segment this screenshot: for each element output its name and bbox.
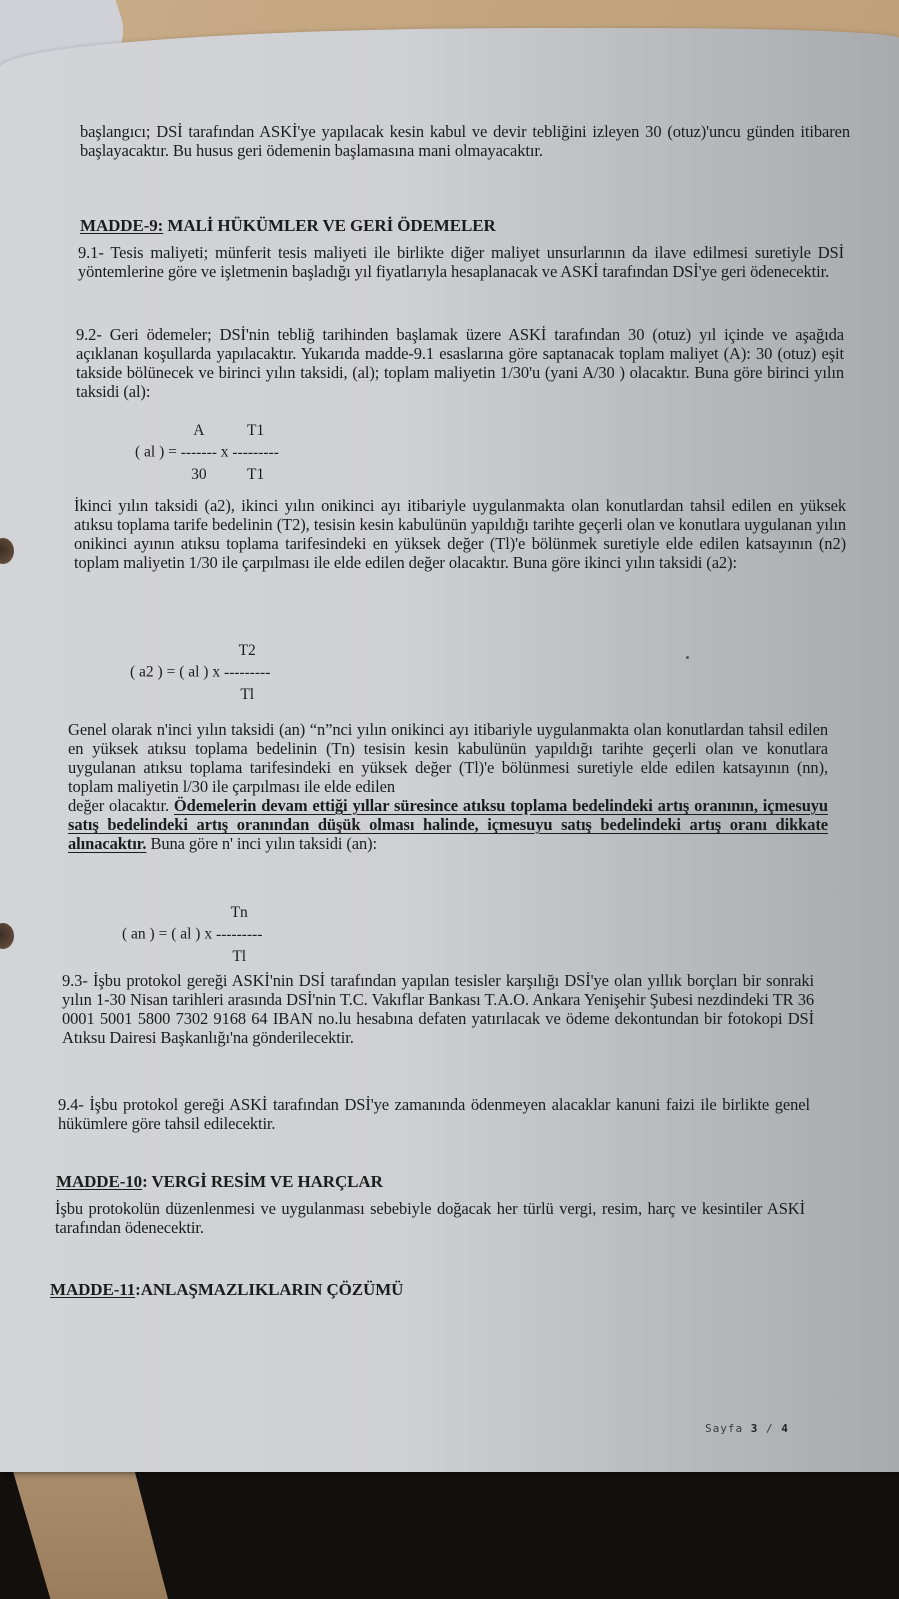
general-prefix: değer olacaktır. xyxy=(68,796,174,815)
formula-lhs: ( a2 ) = ( al ) x xyxy=(130,664,220,681)
clause-9-3: 9.3- İşbu protokol gereği ASKİ'nin DSİ t… xyxy=(62,971,814,1047)
madde9-heading: MADDE-9: MALİ HÜKÜMLER VE GERİ ÖDEMELER xyxy=(80,216,850,235)
formula-a1: ( al ) = A ------- 30 x T1 --------- T1 xyxy=(135,420,279,486)
document-page: başlangıcı; DSİ tarafından ASKİ'ye yapıl… xyxy=(0,28,899,1472)
formula-lhs: ( al ) = xyxy=(135,444,177,461)
general-suffix: Buna göre n' inci yılın taksidi (an): xyxy=(146,834,377,853)
madde10-heading: MADDE-10: VERGİ RESİM VE HARÇLAR xyxy=(56,1172,776,1191)
fraction-a-30: A ------- 30 xyxy=(181,420,217,486)
madde11-heading: MADDE-11:ANLAŞMAZLIKLARIN ÇÖZÜMÜ xyxy=(50,1280,770,1299)
madde11-label: MADDE-11 xyxy=(50,1280,135,1299)
clause-9-1: 9.1- Tesis maliyeti; münferit tesis mali… xyxy=(78,243,844,281)
madde10-title: : VERGİ RESİM VE HARÇLAR xyxy=(142,1172,383,1191)
punch-hole xyxy=(0,538,14,564)
page-number: Sayfa 3 / 4 xyxy=(705,1422,789,1435)
formula-a2: ( a2 ) = ( al ) x T2 --------- Tl xyxy=(130,640,270,706)
fraction-t1-t1: T1 --------- T1 xyxy=(232,420,278,486)
madde10-label: MADDE-10 xyxy=(56,1172,142,1191)
clause-9-4: 9.4- İşbu protokol gereği ASKİ tarafında… xyxy=(58,1095,810,1133)
formula-an: ( an ) = ( al ) x Tn --------- Tl xyxy=(122,902,262,968)
punch-hole xyxy=(0,923,14,949)
fraction-t2-tl: T2 --------- Tl xyxy=(224,640,270,706)
fraction-tn-tl: Tn --------- Tl xyxy=(216,902,262,968)
second-year-paragraph: İkinci yılın taksidi (a2), ikinci yılın … xyxy=(74,496,846,572)
multiply-sign: x xyxy=(221,444,229,461)
formula-lhs: ( an ) = ( al ) x xyxy=(122,926,212,943)
intro-paragraph: başlangıcı; DSİ tarafından ASKİ'ye yapıl… xyxy=(80,122,850,160)
madde9-label: MADDE-9: xyxy=(80,216,163,235)
clause-9-2: 9.2- Geri ödemeler; DSİ'nin tebliğ tarih… xyxy=(76,325,844,401)
madde11-title: :ANLAŞMAZLIKLARIN ÇÖZÜMÜ xyxy=(135,1280,403,1299)
speck xyxy=(686,656,689,659)
general-paragraph: Genel olarak n'inci yılın taksidi (an) “… xyxy=(68,720,828,853)
madde9-title: MALİ HÜKÜMLER VE GERİ ÖDEMELER xyxy=(163,216,495,235)
madde10-body: İşbu protokolün düzenlenmesi ve uygulanm… xyxy=(55,1199,805,1237)
